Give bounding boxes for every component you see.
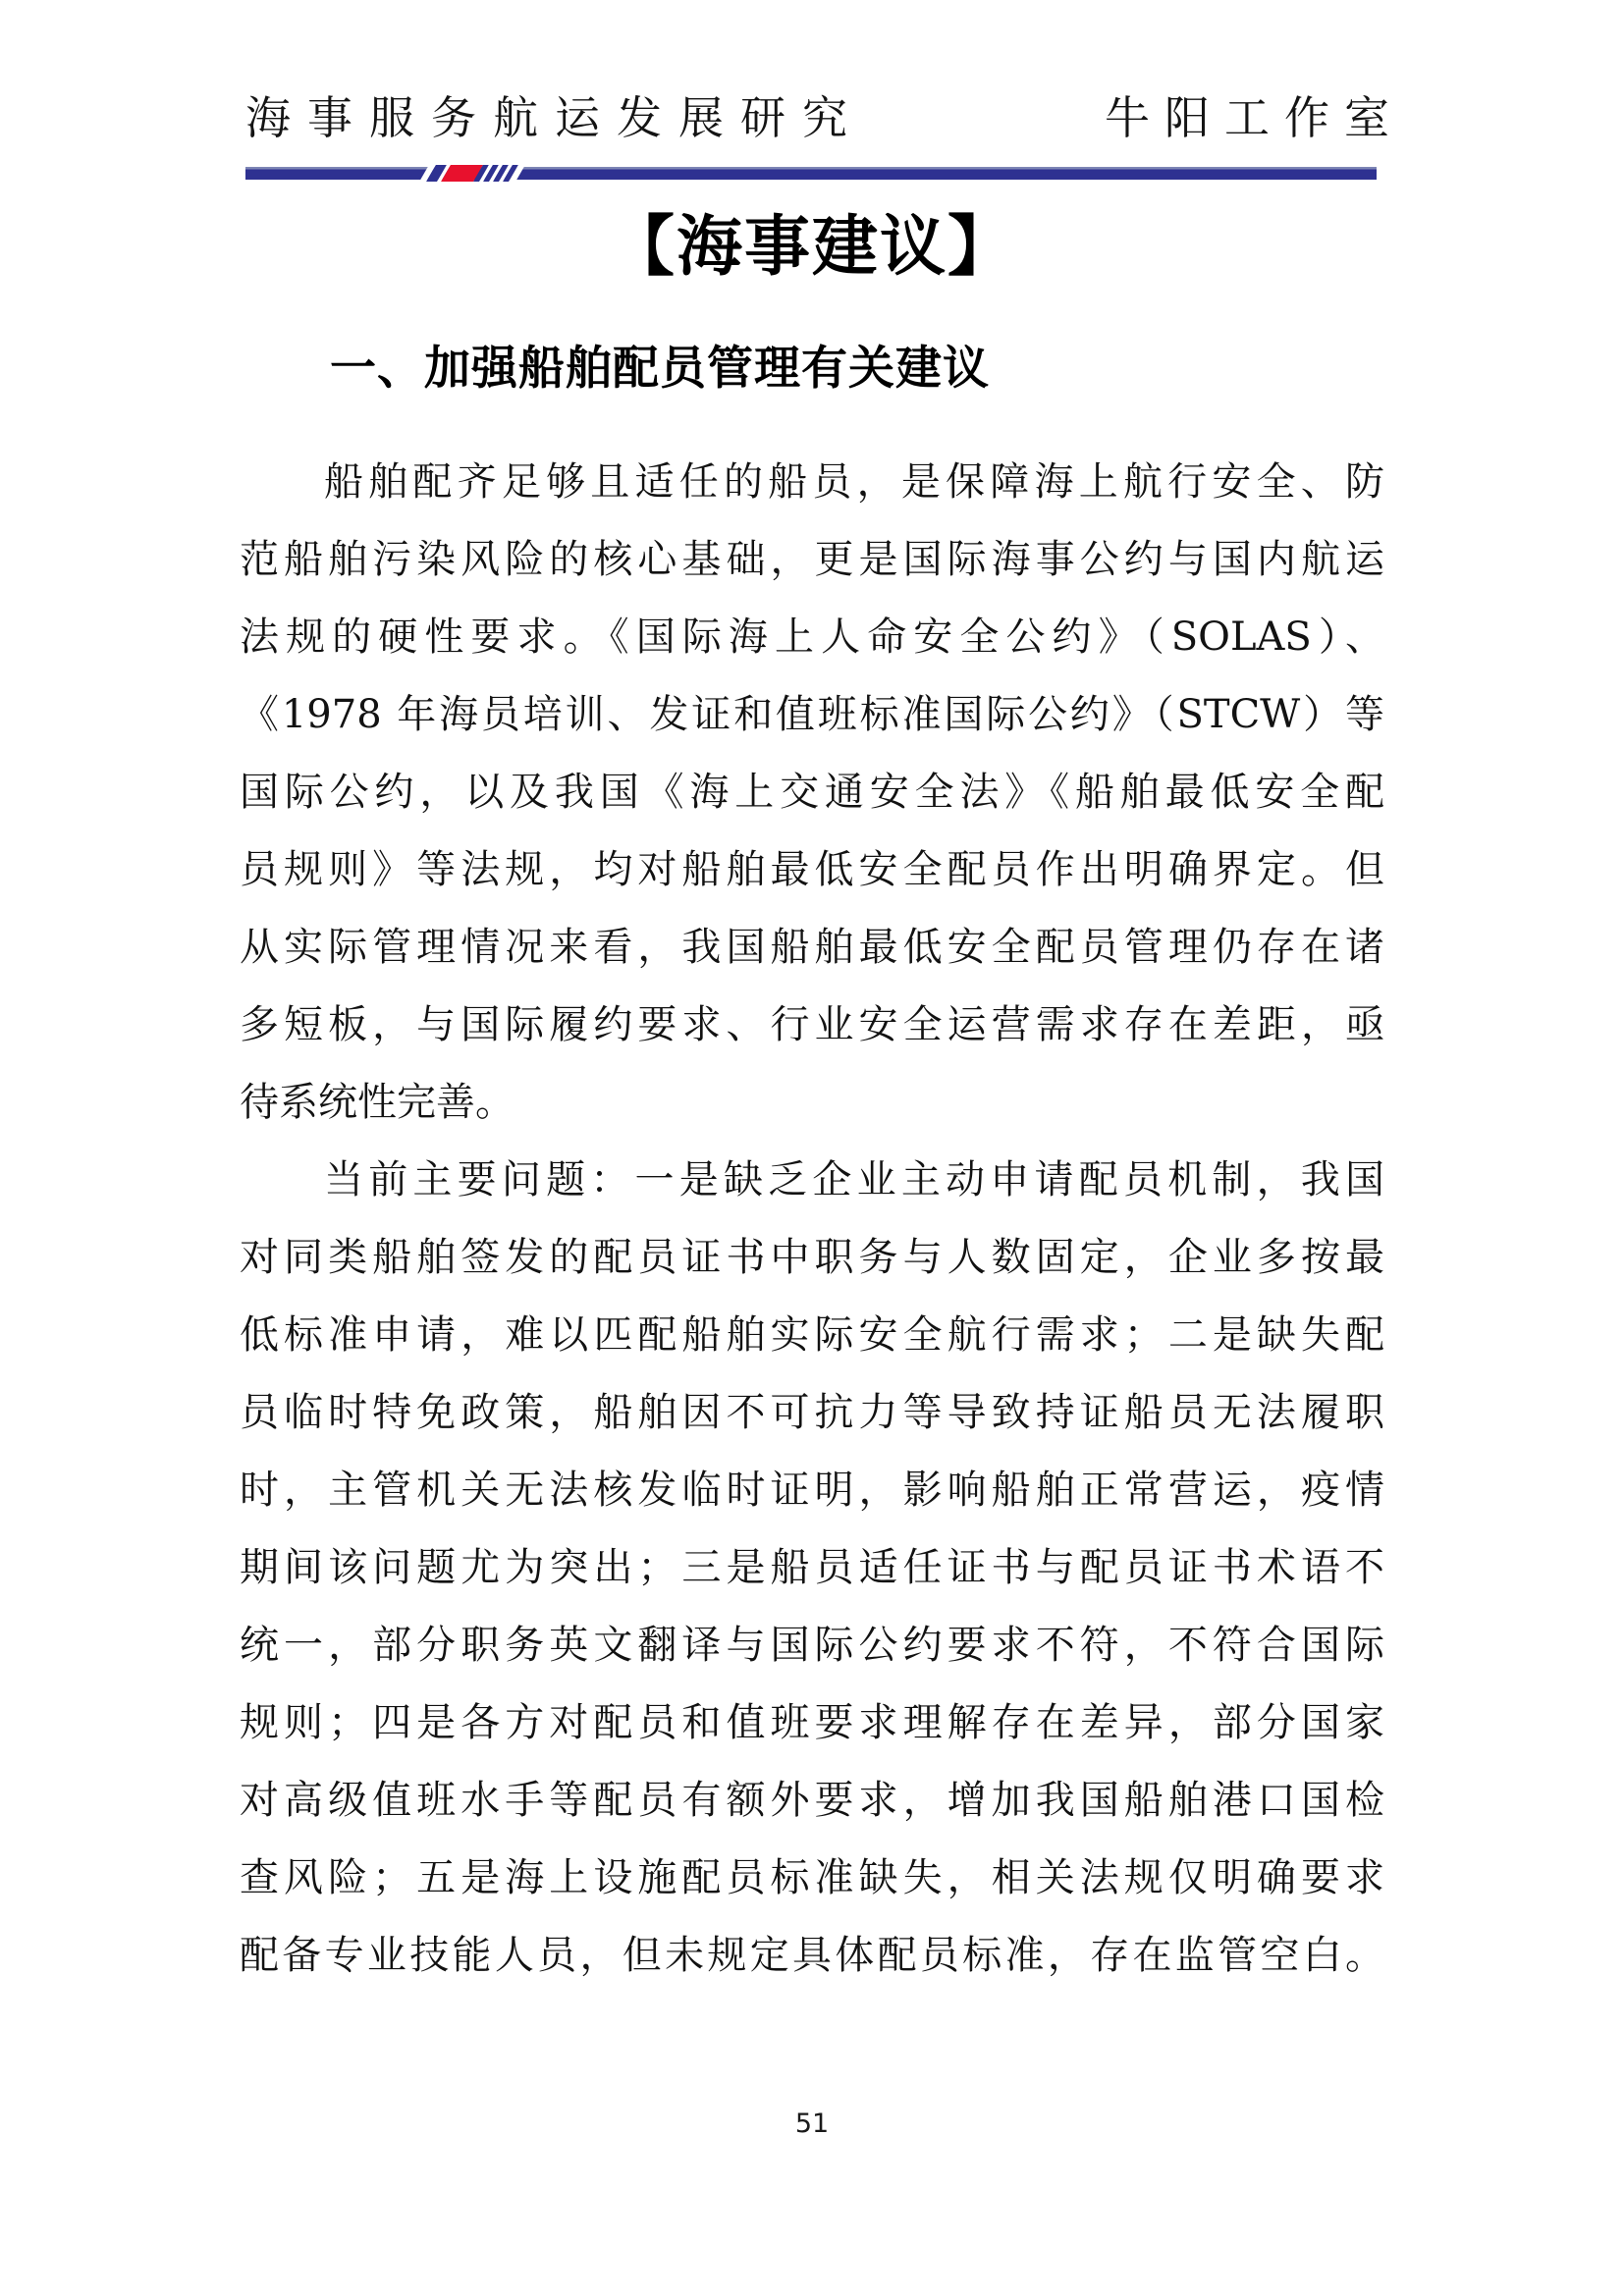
body-line: 从实际管理情况来看，我国船舶最低安全配员管理仍存在诸: [240, 909, 1384, 987]
body-line: 待系统性完善。: [240, 1064, 1384, 1142]
body-line: 查风险；五是海上设施配员标准缺失，相关法规仅明确要求: [240, 1840, 1384, 1917]
body-line: 船舶配齐足够且适任的船员，是保障海上航行安全、防: [240, 444, 1384, 521]
body-line: 时，主管机关无法核发临时证明，影响船舶正常营运，疫情: [240, 1452, 1384, 1529]
body-line: 期间该问题尤为突出；三是船员适任证书与配员证书术语不: [240, 1529, 1384, 1607]
body-line: 规则；四是各方对配员和值班要求理解存在差异，部分国家: [240, 1684, 1384, 1762]
body-line: 多短板，与国际履约要求、行业安全运营需求存在差距，亟: [240, 987, 1384, 1064]
body-line: 员临时特免政策，船舶因不可抗力等导致持证船员无法履职: [240, 1374, 1384, 1452]
body-line: 统一，部分职务英文翻译与国际公约要求不符，不符合国际: [240, 1607, 1384, 1684]
section-heading: 一、加强船舶配员管理有关建议: [330, 332, 990, 398]
body-line: 国际公约，以及我国《海上交通安全法》《船舶最低安全配: [240, 754, 1384, 831]
doc-title: 【海事建议】: [0, 194, 1624, 289]
page-number: 51: [0, 2109, 1624, 2139]
document-body: 船舶配齐足够且适任的船员，是保障海上航行安全、防 范船舶污染风险的核心基础，更是…: [240, 444, 1384, 1995]
header-left-title: 海事服务航运发展研究: [245, 82, 864, 147]
header-right-studio: 牛阳工作室: [1105, 82, 1404, 147]
body-line: 法规的硬性要求。《国际海上人命安全公约》（SOLAS）、: [240, 599, 1384, 676]
header-rule: [245, 167, 1377, 180]
body-line: 对同类船舶签发的配员证书中职务与人数固定，企业多按最: [240, 1219, 1384, 1297]
document-page: 海事服务航运发展研究 牛阳工作室 【海事建议】 一、加强船舶配员管理有关建议 船…: [0, 0, 1624, 2296]
body-line: 对高级值班水手等配员有额外要求，增加我国船舶港口国检: [240, 1762, 1384, 1840]
body-line: 范船舶污染风险的核心基础，更是国际海事公约与国内航运: [240, 521, 1384, 599]
body-line: 低标准申请，难以匹配船舶实际安全航行需求；二是缺失配: [240, 1297, 1384, 1374]
header-rule-ornament: [419, 165, 525, 182]
body-line: 配备专业技能人员，但未规定具体配员标准，存在监管空白。: [240, 1917, 1384, 1995]
body-line: 《1978 年海员培训、发证和值班标准国际公约》（STCW）等: [240, 676, 1384, 754]
page-header: 海事服务航运发展研究 牛阳工作室: [245, 82, 1389, 147]
body-line: 员规则》等法规，均对船舶最低安全配员作出明确界定。但: [240, 831, 1384, 909]
body-line: 当前主要问题：一是缺乏企业主动申请配员机制，我国: [240, 1142, 1384, 1219]
